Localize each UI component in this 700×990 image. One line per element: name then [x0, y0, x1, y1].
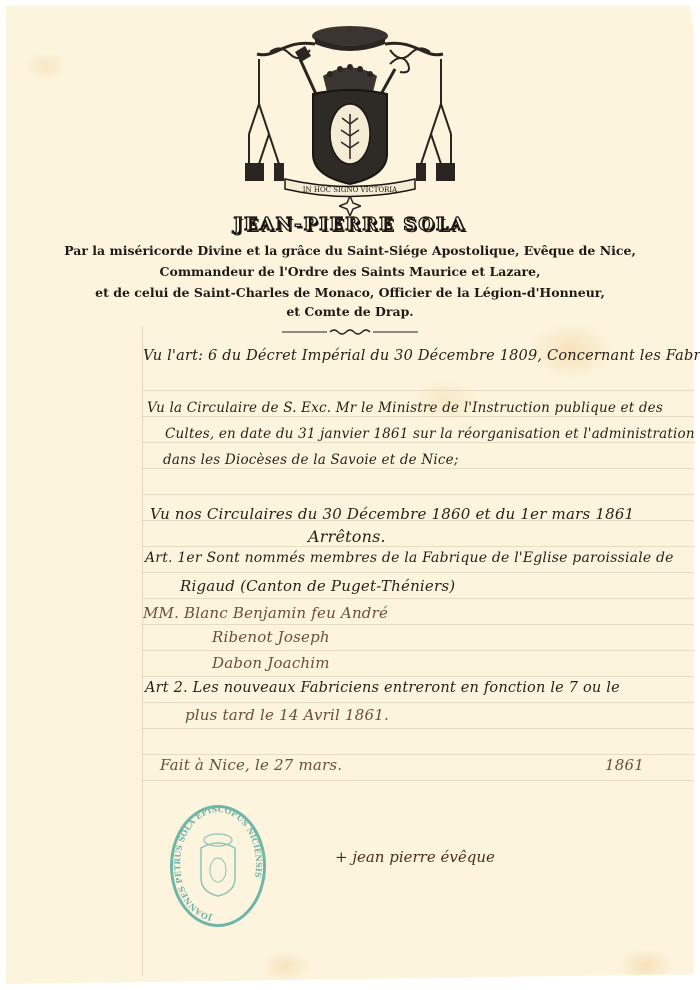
body-line-5: Vu nos Circulaires du 30 Décembre 1860 e…	[150, 505, 634, 523]
bishop-signature: + jean pierre évêque	[335, 848, 495, 866]
ruled-line	[142, 598, 694, 599]
coat-of-arms-icon: IN HOC SIGNO VICTORIA	[245, 14, 455, 204]
episcopal-seal: JOANNES PETRUS SOLA EPISCOPUS NICIENSIS	[170, 805, 266, 927]
closing-year: 1861	[605, 756, 644, 774]
svg-text:IN HOC SIGNO VICTORIA: IN HOC SIGNO VICTORIA	[303, 186, 398, 194]
letterhead-line-3: et de celui de Saint-Charles de Monaco, …	[0, 285, 700, 300]
ruled-line	[142, 468, 694, 469]
ruled-line	[142, 728, 694, 729]
ruled-line	[142, 546, 694, 547]
ruled-line	[142, 650, 694, 651]
ruled-line	[142, 390, 694, 391]
closing-place-date: Fait à Nice, le 27 mars.	[160, 756, 342, 774]
letterhead-line-2: Commandeur de l'Ordre des Saints Maurice…	[0, 264, 700, 279]
svg-text:JOANNES PETRUS SOLA EPISCOPUS: JOANNES PETRUS SOLA EPISCOPUS NICIENSIS	[173, 808, 263, 923]
member-name-1: MM. Blanc Benjamin feu André	[143, 604, 388, 622]
margin-rule	[142, 326, 143, 976]
body-line-rigaud: Rigaud (Canton de Puget-Théniers)	[180, 577, 455, 595]
order-cross-icon	[339, 196, 361, 216]
body-line-art2-cont: plus tard le 14 Avril 1861.	[185, 706, 389, 724]
letterhead-line-1: Par la miséricorde Divine et la grâce du…	[0, 243, 700, 258]
body-line-2: Vu la Circulaire de S. Exc. Mr le Minist…	[147, 400, 663, 416]
ornamental-rule	[282, 327, 418, 337]
seal-emblem-icon: JOANNES PETRUS SOLA EPISCOPUS NICIENSIS	[173, 808, 263, 924]
ruled-line	[142, 676, 694, 677]
ruled-line	[142, 624, 694, 625]
member-name-2: Ribenot Joseph	[212, 628, 330, 646]
body-line-1: Vu l'art: 6 du Décret Impérial du 30 Déc…	[143, 348, 700, 364]
body-line-art1: Art. 1er Sont nommés membres de la Fabri…	[145, 550, 674, 566]
body-line-3: Cultes, en date du 31 janvier 1861 sur l…	[165, 426, 695, 442]
body-line-art2: Art 2. Les nouveaux Fabriciens entreront…	[145, 680, 620, 696]
ruled-line	[142, 494, 694, 495]
member-name-3: Dabon Joachim	[212, 654, 330, 672]
ruled-line	[142, 780, 694, 781]
letterhead-line-4: et Comte de Drap.	[0, 304, 700, 319]
ruled-line	[142, 702, 694, 703]
body-line-4: dans les Diocèses de la Savoie et de Nic…	[163, 452, 459, 468]
ruled-line	[142, 416, 694, 417]
body-line-arretons: Arrêtons.	[308, 527, 386, 546]
letterhead-title: JEAN-PIERRE SOLA	[0, 214, 700, 235]
ruled-line	[142, 572, 694, 573]
ruled-line	[142, 442, 694, 443]
ruled-line	[142, 754, 694, 755]
